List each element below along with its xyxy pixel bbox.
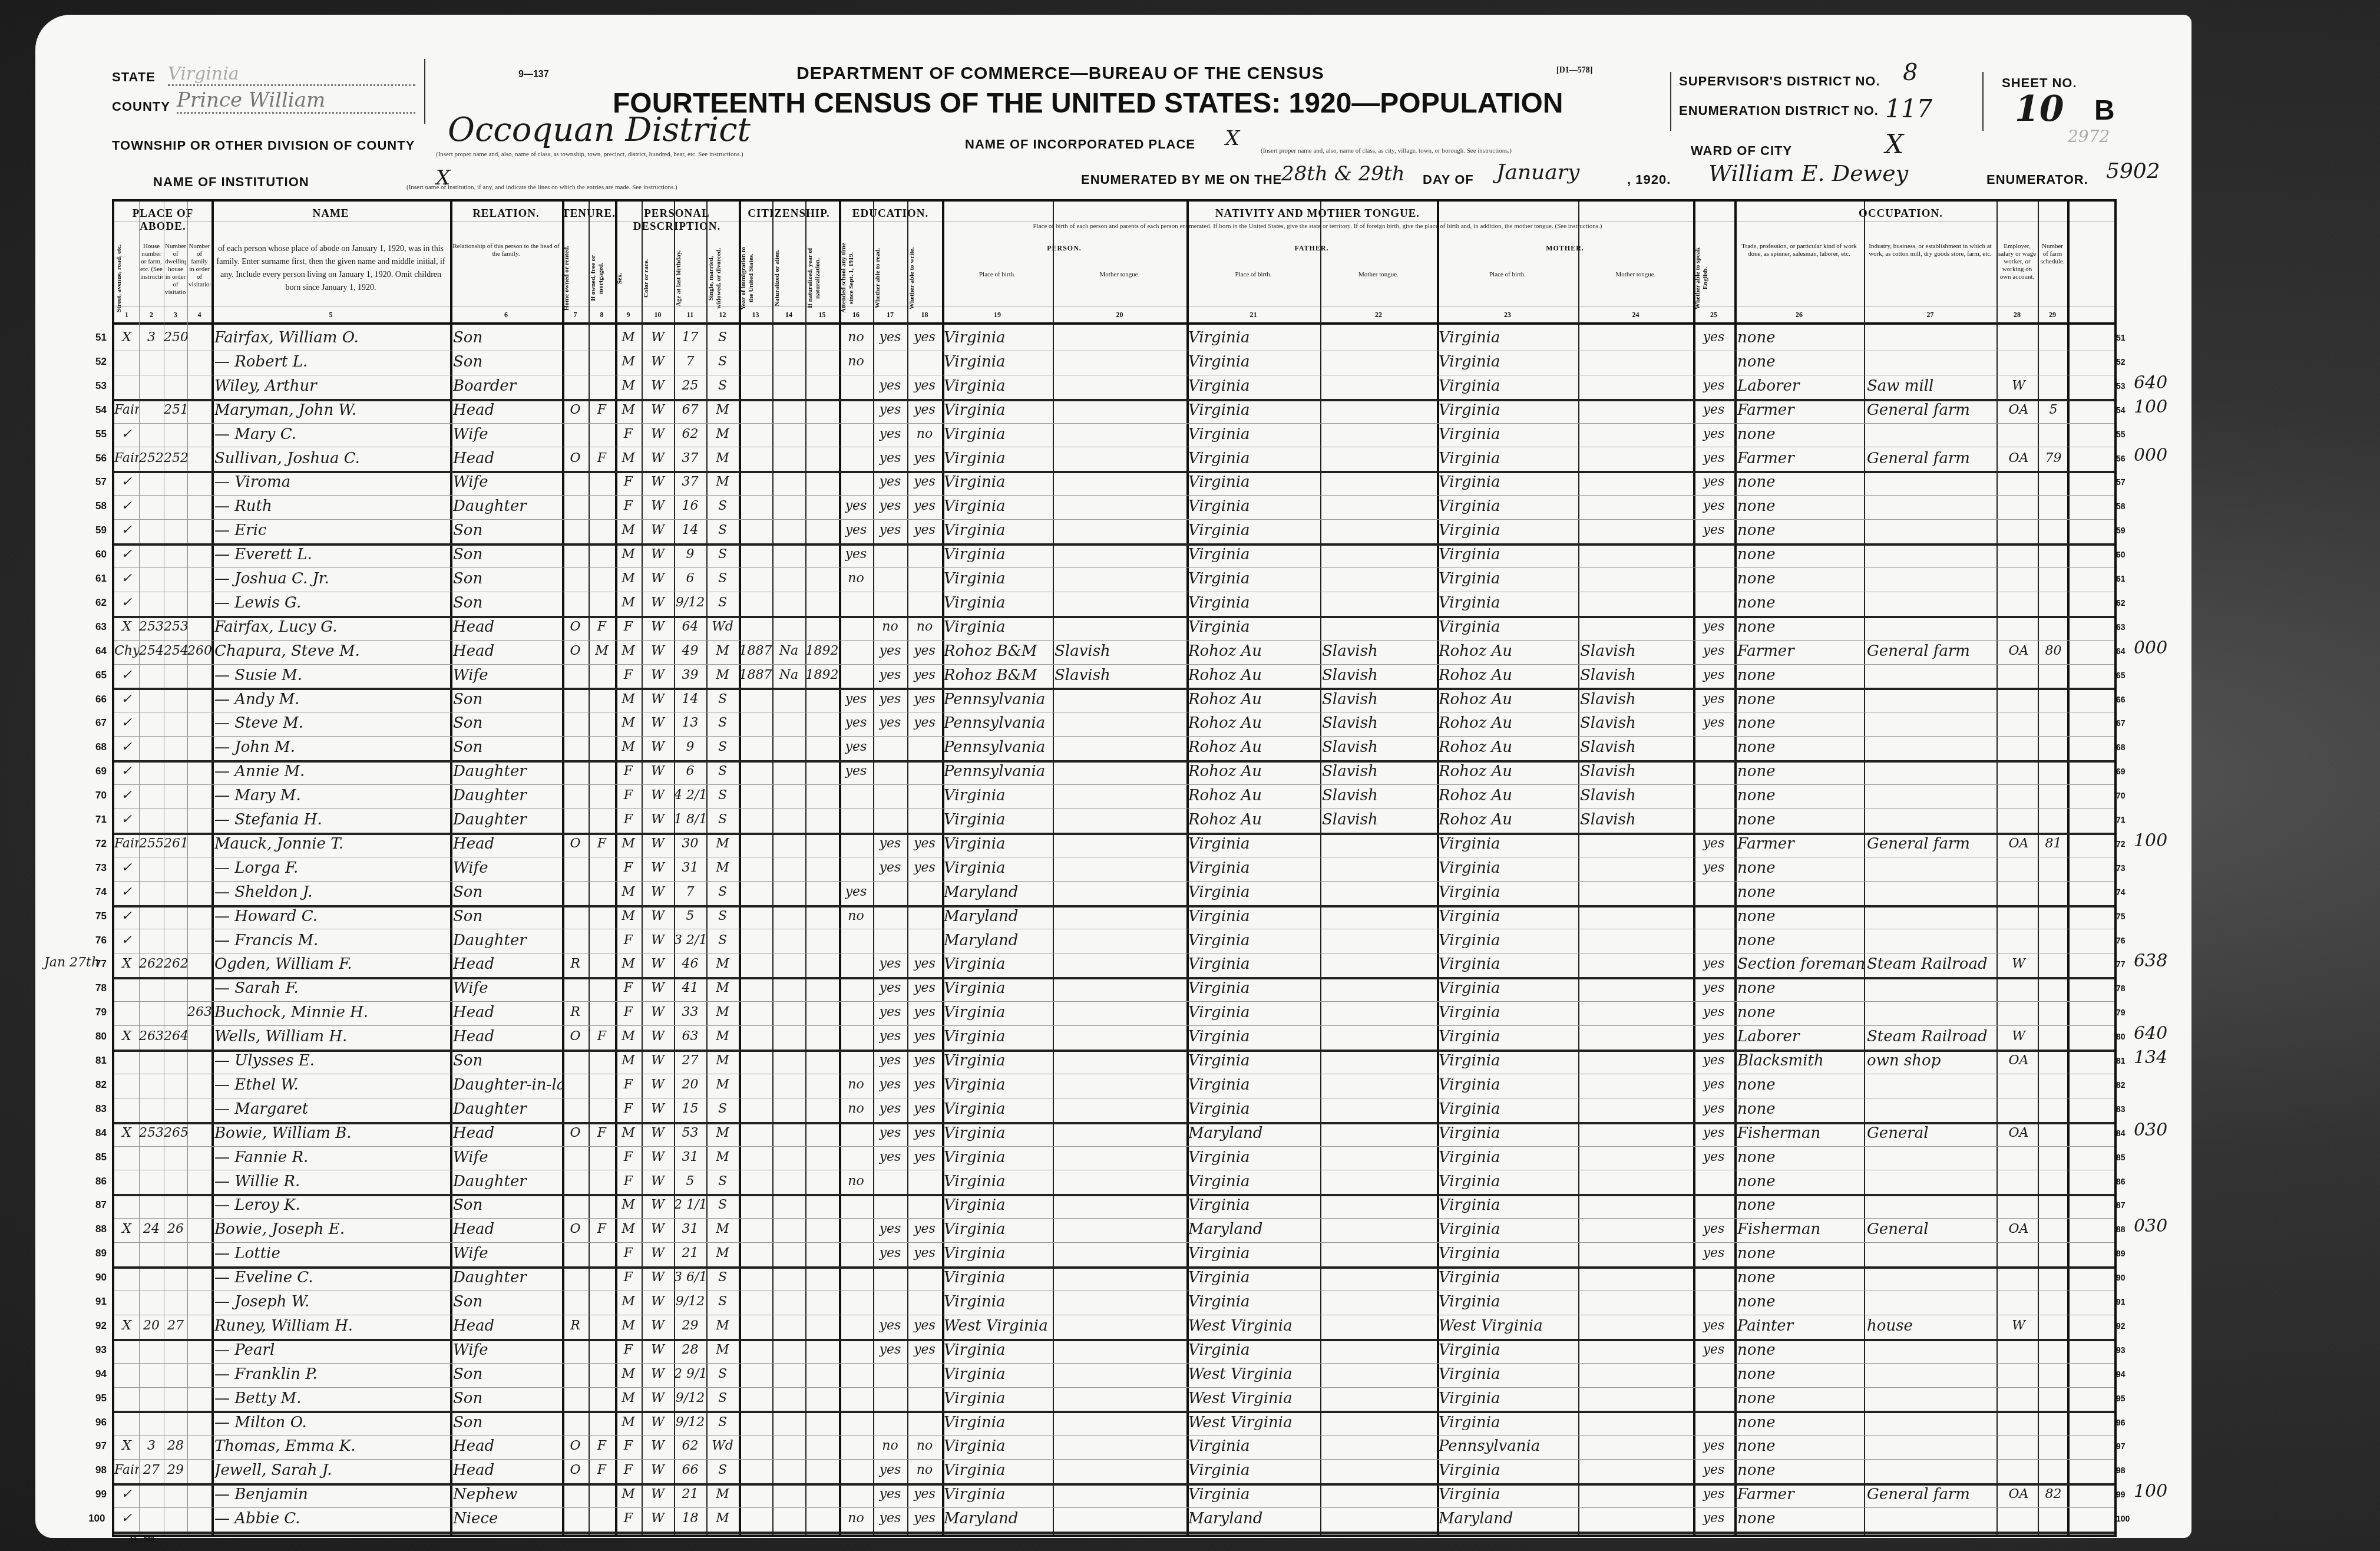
cell-owned: O [562, 399, 589, 421]
cell-dwelling: 28 [164, 1435, 187, 1457]
margin-note: 638 [2134, 951, 2167, 971]
cell-english: yes [1693, 1483, 1734, 1506]
margin-note: 000 [2134, 638, 2167, 658]
cell-pob: Virginia [944, 1339, 1053, 1361]
cell-house: 3 [139, 326, 164, 349]
line-number: 92 [95, 1315, 107, 1337]
cell-name: — Fannie R. [214, 1146, 450, 1169]
cell-sex: M [615, 1291, 642, 1313]
cell-owned: O [562, 1218, 589, 1240]
cell-occupation: none [1737, 543, 1864, 566]
table-row: — LottieWifeFW21MyesyesVirginiaVirginiaV… [114, 1242, 2114, 1266]
cell-m_pob: Virginia [1439, 423, 1578, 445]
cell-name: — Steve M. [214, 712, 450, 734]
line-number: 75 [95, 905, 107, 928]
line-number: 87 [2116, 1194, 2126, 1216]
cell-m_pob: Virginia [1439, 1363, 1578, 1385]
cell-marital: S [706, 929, 739, 952]
table-row: ✓— Lewis G.SonMW9/12SVirginiaVirginiaVir… [114, 592, 2114, 616]
line-number: 88 [2116, 1218, 2126, 1240]
cell-read: yes [873, 447, 907, 470]
cell-write: yes [907, 1242, 942, 1265]
cell-owned: R [562, 1001, 589, 1024]
cell-house: 27 [139, 1459, 164, 1481]
ward-label: WARD OF CITY [1691, 143, 1792, 159]
cell-age: 2 9/12 [674, 1363, 706, 1385]
cell-relation: Son [453, 1291, 562, 1313]
cell-sex: F [615, 616, 642, 638]
cell-age: 7 [674, 881, 706, 903]
line-number: 55 [2116, 423, 2126, 445]
cell-read: yes [873, 640, 907, 662]
cell-occupation: none [1737, 977, 1864, 999]
cell-race: W [642, 760, 674, 783]
cell-write: yes [907, 953, 942, 975]
cell-f_pob: Virginia [1188, 1194, 1320, 1216]
cell-occupation: none [1737, 326, 1864, 349]
cell-f_tongue: Slavish [1322, 760, 1437, 783]
table-row: Wiley, ArthurBoarderMW25SyesyesVirginiaV… [114, 375, 2114, 399]
cell-relation: Son [453, 1363, 562, 1385]
line-number: 99 [2116, 1483, 2126, 1506]
line-number: 66 [2116, 688, 2126, 711]
cell-age: 21 [674, 1483, 706, 1506]
cell-pob: Virginia [944, 1001, 1053, 1024]
cell-write: yes [907, 1339, 942, 1361]
cell-f_pob: Virginia [1188, 1339, 1320, 1361]
cell-english: yes [1693, 688, 1734, 711]
cell-industry: General farm [1867, 1483, 1996, 1506]
cell-pob: Virginia [944, 567, 1053, 590]
cell-f_pob: Virginia [1188, 1483, 1320, 1506]
township-label: TOWNSHIP OR OTHER DIVISION OF COUNTY [112, 138, 415, 153]
table-row: ✓— RuthDaughterFW16SyesyesyesVirginiaVir… [114, 495, 2114, 519]
cell-marital: M [706, 471, 739, 493]
cell-dwelling: 26 [164, 1218, 187, 1240]
column-number: 16 [839, 311, 873, 322]
cell-write: yes [907, 833, 942, 855]
cell-read: yes [873, 495, 907, 517]
cell-street: ✓ [114, 736, 139, 758]
cell-marital: M [706, 1507, 739, 1530]
margin-note: 000 [2134, 445, 2167, 466]
cell-m_tongue: Slavish [1580, 712, 1693, 734]
cell-m_pob: Virginia [1439, 399, 1578, 421]
cell-house: 3 [139, 1435, 164, 1457]
cell-relation: Head [453, 1459, 562, 1481]
line-number: 89 [95, 1242, 107, 1265]
cell-sex: F [615, 1098, 642, 1120]
cell-age: 6 [674, 567, 706, 590]
cell-pob: Virginia [944, 1459, 1053, 1481]
table-row: X328Thomas, Emma K.HeadOFFW62WdnonoVirgi… [114, 1435, 2114, 1459]
cell-m_pob: Virginia [1439, 905, 1578, 928]
line-number: 61 [2116, 567, 2126, 590]
cell-marital: S [706, 808, 739, 831]
table-row: Chy254254260Chapura, Steve M.HeadOMMW49M… [114, 640, 2114, 664]
cell-marital: M [706, 1339, 739, 1361]
line-number: 58 [2116, 495, 2126, 517]
cell-age: 28 [674, 1339, 706, 1361]
cell-owned: O [562, 447, 589, 470]
county-label: COUNTY [112, 99, 170, 114]
cell-occupation: none [1737, 1074, 1864, 1096]
incorporated-place-hint: (Insert proper name and, also, name of c… [1261, 147, 1732, 154]
cell-read: yes [873, 1001, 907, 1024]
line-number: 58 [95, 495, 107, 517]
cell-occupation: Fisherman [1737, 1122, 1864, 1144]
cell-age: 9/12 [674, 1291, 706, 1313]
cell-occupation: none [1737, 808, 1864, 831]
cell-occupation: Farmer [1737, 399, 1864, 421]
cell-occupation: none [1737, 736, 1864, 758]
cell-age: 66 [674, 1459, 706, 1481]
cell-pob: Virginia [944, 1363, 1053, 1385]
cell-class: OA [1999, 399, 2038, 421]
cell-read: no [873, 1435, 907, 1457]
cell-mortgage: F [589, 833, 615, 855]
cell-race: W [642, 1050, 674, 1072]
cell-m_pob: Virginia [1439, 881, 1578, 903]
cell-pob: Pennsylvania [944, 712, 1053, 734]
table-row: — Milton O.SonMW9/12SVirginiaWest Virgin… [114, 1411, 2114, 1435]
cell-occupation: none [1737, 423, 1864, 445]
table-row: 263Buchock, Minnie H.HeadRFW33MyesyesVir… [114, 1001, 2114, 1025]
cell-dwelling: 252 [164, 447, 187, 470]
cell-industry: Steam Railroad [1867, 1025, 1996, 1048]
cell-sex: F [615, 1170, 642, 1193]
table-row: ✓— Andy M.SonMW14SyesyesyesPennsylvaniaR… [114, 688, 2114, 712]
cell-english: yes [1693, 447, 1734, 470]
cell-f_tongue: Slavish [1322, 736, 1437, 758]
table-row: ✓— Everett L.SonMW9SyesVirginiaVirginiaV… [114, 543, 2114, 567]
cell-pob: Virginia [944, 1074, 1053, 1096]
cell-f_pob: Virginia [1188, 905, 1320, 928]
cell-name: — Mary M. [214, 784, 450, 807]
cell-occupation: none [1737, 1291, 1864, 1313]
cell-relation: Son [453, 881, 562, 903]
column-number: 2 [139, 311, 164, 322]
cell-mortgage: F [589, 1025, 615, 1048]
cell-marital: S [706, 375, 739, 397]
cell-f_pob: Maryland [1188, 1122, 1320, 1144]
cell-occupation: Painter [1737, 1315, 1864, 1337]
group-heading: OCCUPATION. [1734, 207, 2067, 220]
cell-read: yes [873, 1507, 907, 1530]
table-row: Fairfax251Maryman, John W.HeadOFMW67Myes… [114, 399, 2114, 423]
cell-m_pob: Virginia [1439, 977, 1578, 999]
cell-m_pob: Virginia [1439, 519, 1578, 542]
line-number: 59 [95, 519, 107, 542]
cell-occupation: none [1737, 1098, 1864, 1120]
cell-sex: M [615, 1483, 642, 1506]
cell-race: W [642, 1074, 674, 1096]
line-number: 64 [2116, 640, 2126, 662]
cell-relation: Boarder [453, 375, 562, 397]
cell-english: yes [1693, 1001, 1734, 1024]
cell-read: yes [873, 375, 907, 397]
cell-sex: M [615, 1387, 642, 1410]
table-row: — Robert L.SonMW7SnoVirginiaVirginiaVirg… [114, 351, 2114, 375]
cell-sex: F [615, 1339, 642, 1361]
cell-relation: Daughter [453, 760, 562, 783]
cell-relation: Son [453, 1411, 562, 1434]
ward-value: X [1885, 130, 1903, 160]
cell-house: 24 [139, 1218, 164, 1240]
cell-sex: F [615, 1242, 642, 1265]
cell-industry: General farm [1867, 399, 1996, 421]
cell-sex: M [615, 375, 642, 397]
cell-english: yes [1693, 326, 1734, 349]
line-number: 59 [2116, 519, 2126, 542]
cell-m_pob: Virginia [1439, 1387, 1578, 1410]
cell-f_pob: Virginia [1188, 375, 1320, 397]
cell-m_tongue: Slavish [1580, 688, 1693, 711]
column-number: 11 [674, 311, 706, 322]
cell-race: W [642, 1218, 674, 1240]
cell-mortgage: F [589, 1459, 615, 1481]
cell-sex: F [615, 1507, 642, 1530]
footer-code: 10—578 [130, 1535, 154, 1544]
cell-english: yes [1693, 495, 1734, 517]
cell-write: yes [907, 495, 942, 517]
cell-m_tongue: Slavish [1580, 640, 1693, 662]
column-number: 7 [562, 311, 589, 322]
line-number: 55 [95, 423, 107, 445]
line-number: 94 [95, 1363, 107, 1385]
line-number: 82 [95, 1074, 107, 1096]
cell-name: — Pearl [214, 1339, 450, 1361]
cell-race: W [642, 519, 674, 542]
cell-industry: own shop [1867, 1050, 1996, 1072]
cell-sex: F [615, 495, 642, 517]
line-number: 53 [95, 375, 107, 397]
line-number: 95 [95, 1387, 107, 1410]
cell-pob: Virginia [944, 519, 1053, 542]
cell-age: 67 [674, 399, 706, 421]
cell-industry: Saw mill [1867, 375, 1996, 397]
cell-street: ✓ [114, 519, 139, 542]
cell-relation: Wife [453, 1242, 562, 1265]
cell-sex: M [615, 1315, 642, 1337]
cell-race: W [642, 1098, 674, 1120]
line-number: 61 [95, 567, 107, 590]
cell-f_pob: West Virginia [1188, 1363, 1320, 1385]
cell-race: W [642, 905, 674, 928]
cell-m_pob: Virginia [1439, 567, 1578, 590]
cell-name: — Lewis G. [214, 592, 450, 614]
cell-dwelling: 251 [164, 399, 187, 421]
cell-street: X [114, 1025, 139, 1048]
table-row: X263264Wells, William H.HeadOFMW63Myesye… [114, 1025, 2114, 1050]
table-row: Fair255261Mauck, Jonnie T.HeadOFMW30Myes… [114, 833, 2114, 857]
cell-pob: Virginia [944, 1146, 1053, 1169]
cell-sex: M [615, 833, 642, 855]
line-number: 95 [2116, 1387, 2126, 1410]
line-number: 68 [2116, 736, 2126, 758]
cell-marital: Wd [706, 616, 739, 638]
cell-name: — Ruth [214, 495, 450, 517]
cell-occupation: none [1737, 1339, 1864, 1361]
cell-street: Fair [114, 1459, 139, 1481]
cell-name: — Joseph W. [214, 1291, 450, 1313]
cell-m_pob: Virginia [1439, 833, 1578, 855]
cell-write: yes [907, 399, 942, 421]
cell-age: 4 2/12 [674, 784, 706, 807]
cell-mortgage: F [589, 1122, 615, 1144]
cell-occupation: none [1737, 1001, 1864, 1024]
cell-relation: Son [453, 1194, 562, 1216]
table-row: — Ulysses E.SonMW27MyesyesVirginiaVirgin… [114, 1050, 2114, 1074]
cell-marital: M [706, 399, 739, 421]
cell-relation: Daughter [453, 808, 562, 831]
cell-english: yes [1693, 1339, 1734, 1361]
cell-m_tongue: Slavish [1580, 736, 1693, 758]
cell-write: yes [907, 664, 942, 687]
cell-relation: Head [453, 1122, 562, 1144]
cell-occupation: none [1737, 1363, 1864, 1385]
cell-age: 7 [674, 351, 706, 373]
cell-occupation: none [1737, 905, 1864, 928]
cell-relation: Daughter [453, 1170, 562, 1193]
cell-sex: M [615, 447, 642, 470]
margin-note: 030 [2134, 1120, 2167, 1140]
cell-owned: O [562, 1435, 589, 1457]
cell-age: 49 [674, 640, 706, 662]
cell-age: 17 [674, 326, 706, 349]
enumerated-day: 28th & 29th [1281, 162, 1405, 186]
cell-m_pob: Rohoz Au [1439, 688, 1578, 711]
cell-marital: S [706, 1387, 739, 1410]
cell-marital: M [706, 1001, 739, 1024]
line-number: 96 [95, 1411, 107, 1434]
cell-street: X [114, 1435, 139, 1457]
cell-occupation: none [1737, 1387, 1864, 1410]
cell-m_pob: Rohoz Au [1439, 808, 1578, 831]
cell-write: yes [907, 326, 942, 349]
margin-note: 640 [2134, 1023, 2167, 1044]
cell-f_pob: Rohoz Au [1188, 688, 1320, 711]
group-heading: PLACE OF ABODE. [114, 207, 211, 233]
cell-sex: M [615, 881, 642, 903]
cell-m_pob: Virginia [1439, 1483, 1578, 1506]
cell-occupation: none [1737, 592, 1864, 614]
cell-school: no [839, 1098, 873, 1120]
cell-class: OA [1999, 447, 2038, 470]
cell-occupation: none [1737, 857, 1864, 879]
cell-street: ✓ [114, 664, 139, 687]
enumerated-year: , 1920. [1627, 172, 1671, 187]
line-number: 78 [2116, 977, 2126, 999]
cell-race: W [642, 929, 674, 952]
cell-race: W [642, 1411, 674, 1434]
cell-m_pob: West Virginia [1439, 1315, 1578, 1337]
cell-m_pob: Virginia [1439, 375, 1578, 397]
cell-marital: M [706, 1483, 739, 1506]
cell-occupation: Laborer [1737, 1025, 1864, 1048]
cell-industry: Steam Railroad [1867, 953, 1996, 975]
cell-f_pob: Virginia [1188, 833, 1320, 855]
cell-m_pob: Maryland [1439, 1507, 1578, 1530]
cell-mortgage: F [589, 399, 615, 421]
cell-age: 9/12 [674, 1411, 706, 1434]
cell-sex: M [615, 1218, 642, 1240]
cell-occupation: none [1737, 616, 1864, 638]
cell-sex: M [615, 736, 642, 758]
cell-read: yes [873, 1218, 907, 1240]
cell-marital: S [706, 784, 739, 807]
line-number: 83 [2116, 1098, 2126, 1120]
cell-age: 5 [674, 905, 706, 928]
cell-f_pob: Virginia [1188, 857, 1320, 879]
cell-name: — Annie M. [214, 760, 450, 783]
cell-school: no [839, 905, 873, 928]
table-row: ✓— Joshua C. Jr.SonMW6SnoVirginiaVirgini… [114, 567, 2114, 592]
cell-farm: 79 [2039, 447, 2067, 470]
incorporated-place-value: X [1225, 127, 1239, 150]
cell-age: 25 [674, 375, 706, 397]
cell-write: yes [907, 1483, 942, 1506]
cell-write: yes [907, 640, 942, 662]
line-number: 73 [2116, 857, 2126, 879]
cell-race: W [642, 808, 674, 831]
line-number: 85 [95, 1146, 107, 1169]
line-number: 51 [95, 326, 107, 349]
cell-marital: M [706, 1050, 739, 1072]
table-row: X3250Fairfax, William O.SonMW17Snoyesyes… [114, 326, 2114, 351]
line-number: 89 [2116, 1242, 2126, 1265]
cell-relation: Wife [453, 423, 562, 445]
cell-pob: Virginia [944, 399, 1053, 421]
cell-english: yes [1693, 1074, 1734, 1096]
cell-occupation: none [1737, 495, 1864, 517]
cell-marital: S [706, 1266, 739, 1289]
cell-name: Mauck, Jonnie T. [214, 833, 450, 855]
cell-name: — Howard C. [214, 905, 450, 928]
cell-f_tongue: Slavish [1322, 688, 1437, 711]
cell-f_tongue: Slavish [1322, 808, 1437, 831]
cell-marital: S [706, 736, 739, 758]
cell-sex: M [615, 1025, 642, 1048]
cell-marital: M [706, 423, 739, 445]
cell-family: 260 [187, 640, 211, 662]
cell-race: W [642, 712, 674, 734]
cell-read: no [873, 616, 907, 638]
line-number: 72 [2116, 833, 2126, 855]
cell-m_pob: Virginia [1439, 1074, 1578, 1096]
cell-write: yes [907, 1025, 942, 1048]
line-number: 60 [95, 543, 107, 566]
cell-marital: S [706, 326, 739, 349]
cell-read: yes [873, 399, 907, 421]
cell-read: yes [873, 857, 907, 879]
nativity-note: Place of birth of each person and parent… [948, 223, 1687, 230]
cell-marital: M [706, 1146, 739, 1169]
cell-english: yes [1693, 953, 1734, 975]
cell-immig: 1887 [739, 664, 772, 687]
cell-sex: F [615, 423, 642, 445]
cell-m_pob: Virginia [1439, 1194, 1578, 1216]
cell-sex: F [615, 1146, 642, 1169]
cell-street: ✓ [114, 760, 139, 783]
line-number: 60 [2116, 543, 2126, 566]
cell-name: — Susie M. [214, 664, 450, 687]
column-number: 24 [1578, 311, 1693, 322]
cell-sex: M [615, 953, 642, 975]
cell-english: yes [1693, 519, 1734, 542]
cell-f_pob: Rohoz Au [1188, 664, 1320, 687]
cell-m_pob: Virginia [1439, 1266, 1578, 1289]
